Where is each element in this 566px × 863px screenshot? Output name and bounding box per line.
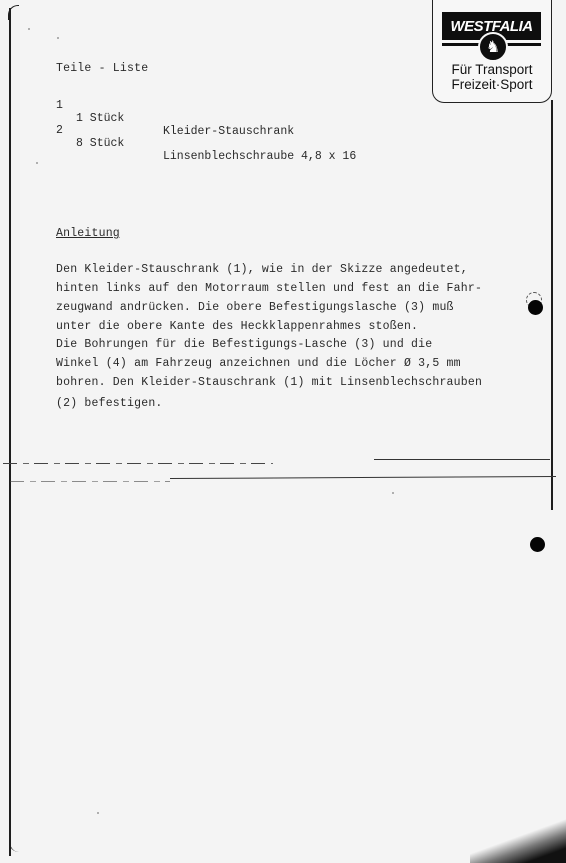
- parts-row: 2 8 Stück Linsenblechschraube 4,8 x 16: [56, 111, 84, 176]
- fold-line: [170, 476, 556, 479]
- page-border-left: [9, 8, 11, 856]
- instruction-line: Den Kleider-Stauschrank (1), wie in der …: [56, 263, 468, 276]
- instruction-line: Die Bohrungen für die Befestigungs-Lasch…: [56, 338, 432, 351]
- punch-hole: [530, 537, 545, 552]
- scan-speck: [28, 28, 30, 30]
- document-page: WESTFALIA ♞ Für Transport Freizeit·Sport…: [0, 0, 566, 863]
- instruction-line: zeugwand andrücken. Die obere Befestigun…: [56, 301, 454, 314]
- instruction-line: bohren. Den Kleider-Stauschrank (1) mit …: [56, 376, 482, 389]
- part-quantity: 8 Stück: [76, 137, 124, 150]
- westfalia-logo: WESTFALIA ♞ Für Transport Freizeit·Sport: [432, 0, 552, 103]
- page-border-right: [551, 100, 553, 510]
- scan-speck: [36, 162, 38, 164]
- scan-shadow: [470, 800, 566, 863]
- fold-line: [374, 459, 550, 460]
- part-description: Linsenblechschraube 4,8 x 16: [163, 150, 356, 163]
- fold-line: [10, 481, 170, 482]
- slogan-line-1: Für Transport: [433, 62, 551, 77]
- scan-speck: [392, 492, 394, 494]
- punch-hole: [528, 300, 543, 315]
- part-description: Kleider-Stauschrank: [163, 125, 294, 138]
- part-number: 2: [56, 124, 63, 137]
- horse-emblem-icon: ♞: [478, 32, 508, 62]
- instruction-line: hinten links auf den Motorraum stellen u…: [56, 282, 482, 295]
- fold-line: [3, 463, 273, 464]
- scan-speck: [57, 37, 59, 39]
- parts-list-title: Teile - Liste: [56, 62, 148, 75]
- instruction-line: Winkel (4) am Fahrzeug anzeichnen und di…: [56, 357, 461, 370]
- scan-speck: [97, 812, 99, 814]
- instruction-line: (2) befestigen.: [56, 397, 163, 410]
- slogan-line-2: Freizeit·Sport: [433, 77, 551, 92]
- instruction-line: unter die obere Kante des Heckklappenrah…: [56, 320, 418, 333]
- page-border-corner: [9, 838, 20, 852]
- instructions-title: Anleitung: [56, 227, 120, 240]
